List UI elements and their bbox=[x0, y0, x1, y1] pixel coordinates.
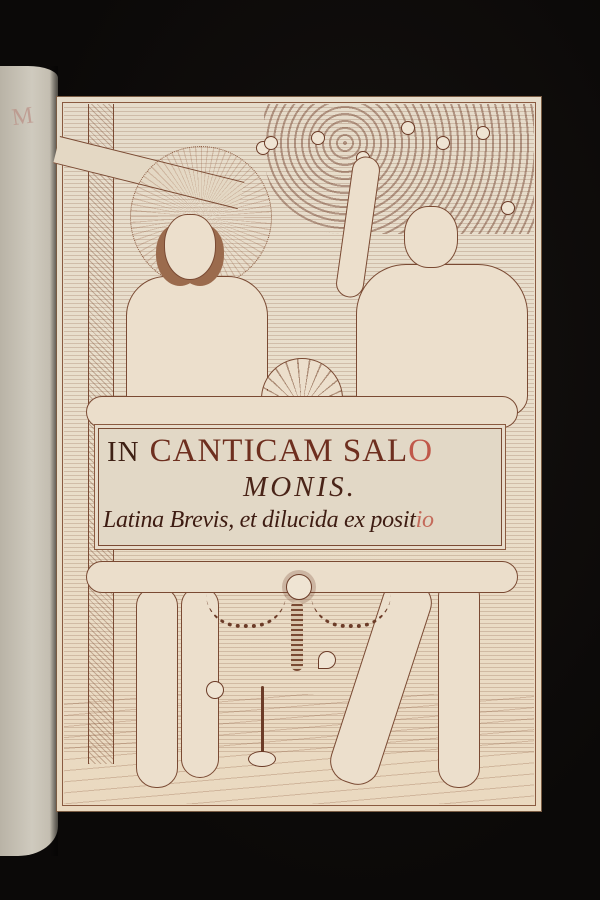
apple-icon bbox=[401, 121, 415, 135]
bud-icon bbox=[318, 651, 336, 669]
apple-icon bbox=[311, 131, 325, 145]
christ-head bbox=[164, 214, 216, 280]
adam-torso bbox=[356, 264, 528, 416]
christ-torso bbox=[126, 276, 268, 408]
apple-icon bbox=[264, 136, 278, 150]
hanging-pendant bbox=[291, 601, 303, 671]
apple-tree-foliage bbox=[264, 104, 534, 234]
title-line-1: INCANTICAM SALO bbox=[107, 433, 433, 470]
subtitle-faded: io bbox=[416, 507, 434, 533]
title-line-2: MONIS. bbox=[99, 471, 501, 504]
sun-face-icon bbox=[286, 574, 312, 600]
title-cartouche: INCANTICAM SALO MONIS. Latina Brevis, et… bbox=[98, 428, 502, 546]
subtitle-line: Latina Brevis, et dilucida ex positio bbox=[103, 507, 434, 534]
marginal-mark: M bbox=[10, 103, 33, 132]
apple-icon bbox=[476, 126, 490, 140]
flower-icon bbox=[206, 681, 224, 699]
apple-icon bbox=[501, 201, 515, 215]
apple-icon bbox=[436, 136, 450, 150]
title-prefix: IN bbox=[107, 436, 140, 468]
christ-left-leg bbox=[136, 586, 178, 788]
title-faded-letter: O bbox=[408, 433, 433, 469]
subtitle-main: Latina Brevis, et dilucida ex posit bbox=[103, 507, 416, 533]
adam-right-leg bbox=[438, 576, 480, 788]
leaf-cluster-icon bbox=[248, 751, 276, 767]
title-main: CANTICAM SAL bbox=[150, 433, 409, 469]
title-page: INCANTICAM SALO MONIS. Latina Brevis, et… bbox=[56, 96, 542, 812]
adam-head bbox=[404, 206, 458, 268]
left-facing-page: M bbox=[0, 66, 58, 856]
cartouche-top-scroll bbox=[86, 396, 518, 428]
